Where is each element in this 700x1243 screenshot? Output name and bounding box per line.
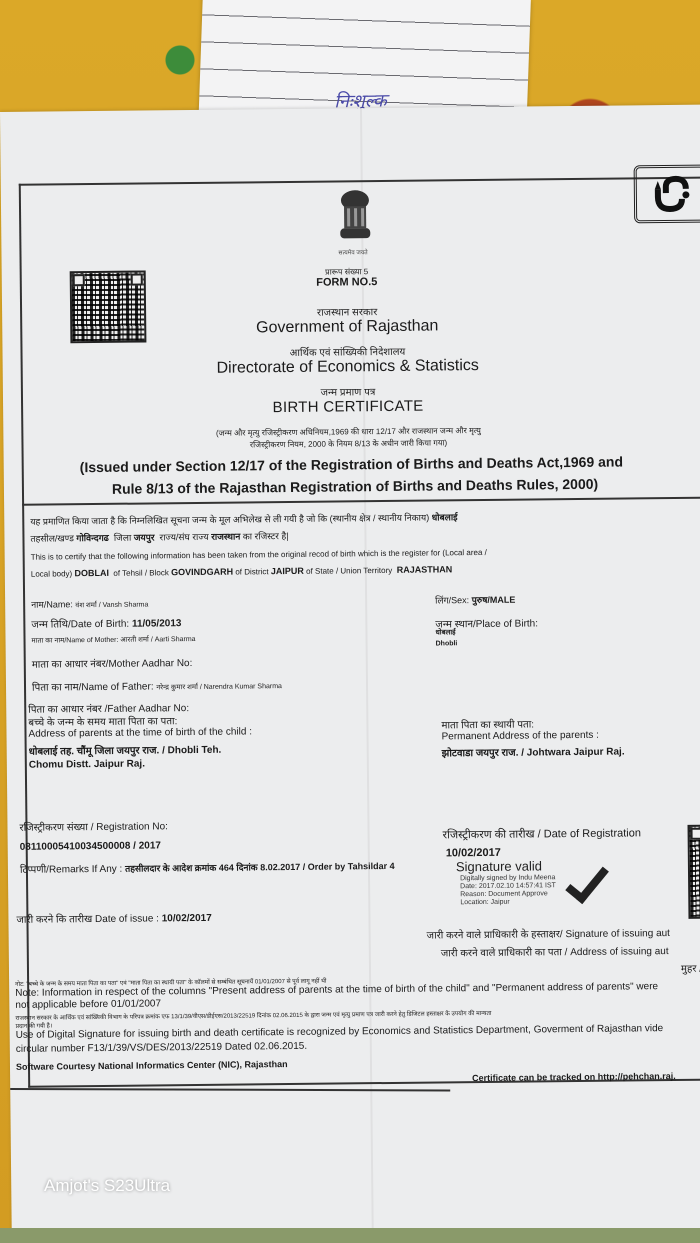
pehchan-logo-icon: [634, 165, 700, 224]
signature-status: Signature valid: [456, 858, 542, 874]
certify-hindi-suffix: का रजिस्टर है|: [243, 531, 289, 541]
issue-date-label: जारी करने कि तारीख Date of issue :: [16, 913, 159, 925]
father-value: नरेन्द्र कुमार शर्मा / Narendra Kumar Sh…: [156, 683, 282, 691]
district-hindi: जयपुर: [134, 532, 155, 542]
issue-date-value: 10/02/2017: [162, 913, 212, 925]
father-label: पिता का नाम/Name of Father:: [32, 681, 154, 693]
note-english-2: not applicable before 01/01/2007: [15, 998, 161, 1011]
certify-hindi-line2: तहसील/खण्ड गोविन्दगढ जिला जयपुर राज्य/सं…: [30, 529, 288, 545]
dob-label: जन्म तिथि/Date of Birth:: [31, 619, 129, 631]
issue-date-field: जारी करने कि तारीख Date of issue : 10/02…: [16, 910, 211, 926]
dob-field: जन्म तिथि/Date of Birth: 11/05/2013: [31, 615, 181, 631]
mother-label: माता का नाम/Name of Mother:: [32, 637, 119, 645]
reg-no-value: 08110005410034500008 / 2017: [20, 840, 161, 852]
local-label: Local body): [31, 569, 72, 578]
state-label-hindi: राज्य/संघ राज्य: [159, 532, 208, 543]
pob-value-hindi: धोबलाई: [435, 628, 455, 637]
perm-address-label-hindi: माता पिता का स्थायी पता:: [441, 716, 534, 731]
name-value: वंश शर्मा / Vansh Sharma: [75, 601, 148, 609]
sex-label: लिंग/Sex:: [435, 595, 469, 605]
district-label: of District: [235, 567, 268, 576]
local-body: DOBLAI: [74, 568, 109, 578]
state-label: of State / Union Territory: [306, 566, 392, 576]
mother-value: आरती शर्मा / Aarti Sharma: [120, 636, 195, 644]
father-field: पिता का नाम/Name of Father: नरेन्द्र कुम…: [32, 677, 282, 694]
perm-address-value: झोटवाडा जयपुर राज. / Johtwara Jaipur Raj…: [442, 743, 625, 759]
reg-date-value: 10/02/2017: [446, 847, 501, 860]
remarks-label: टिप्पणी/Remarks If Any :: [20, 864, 122, 876]
tehsil-hindi: गोविन्दगढ: [76, 533, 109, 543]
state: RAJASTHAN: [397, 564, 453, 575]
birth-address-line1: धोबलाई तह. चौंमू जिला जयपुर राज. / Dhobl…: [29, 742, 222, 758]
remarks-value: तहसीलदार के आदेश क्रमांक 464 दिनांक 8.02…: [125, 861, 395, 874]
birth-address-label-hindi: बच्चे के जन्म के समय माता पिता का पता:: [28, 713, 177, 729]
seal-label: मुहर /: [681, 961, 700, 975]
perm-address-label: Permanent Address of the parents :: [442, 730, 599, 743]
signature-location: Location: Jaipur: [460, 898, 556, 907]
qr-code-bottom: [688, 824, 700, 918]
sex-field: लिंग/Sex: पुरुष/MALE: [435, 593, 515, 607]
name-field: नाम/Name: वंश शर्मा / Vansh Sharma: [31, 596, 148, 610]
district-label-hindi: जिला: [114, 533, 132, 543]
dob-value: 11/05/2013: [132, 618, 182, 630]
birth-address-line2: Chomu Distt. Jaipur Raj.: [29, 759, 145, 771]
pob-value: Dhobli: [436, 640, 458, 647]
signature-details: Digitally signed by Indu Meena Date: 201…: [460, 874, 556, 907]
local-body-hindi: धोबलाई: [432, 512, 458, 522]
tehsil-label-hindi: तहसील/खण्ड: [30, 533, 73, 543]
tehsil: GOVINDGARH: [171, 567, 233, 578]
issuer-address-label: जारी करने वाले प्राधिकारी का पता / Addre…: [441, 943, 669, 959]
state-hindi: राजस्थान: [211, 532, 240, 542]
reg-no-label: रजिस्ट्रीकरण संख्या / Registration No:: [19, 818, 168, 834]
tehsil-label: of Tehsil / Block: [113, 568, 169, 578]
mother-aadhar-label: माता का आधार नंबर/Mother Aadhar No:: [32, 655, 193, 671]
mother-field: माता का नाम/Name of Mother: आरती शर्मा /…: [31, 635, 195, 646]
footer-rule: [10, 1088, 450, 1092]
bottom-fabric: [0, 1228, 700, 1243]
emblem-caption: सत्यमेव जयते: [338, 248, 367, 256]
birth-certificate: सत्यमेव जयते प्रारूप संख्या 5 FORM NO.5 …: [0, 104, 700, 1242]
sex-value: पुरुष/MALE: [472, 595, 516, 605]
name-label: नाम/Name:: [31, 599, 73, 609]
camera-watermark: Amjot's S23Ultra: [44, 1176, 170, 1196]
district: JAIPUR: [271, 566, 304, 576]
birth-address-label: Address of parents at the time of birth …: [28, 726, 252, 739]
tracking-link[interactable]: Certificate can be tracked on http://peh…: [472, 1071, 676, 1083]
issuer-signature-label: जारी करने वाले प्राधिकारी के हस्ताक्षर/ …: [427, 925, 670, 942]
national-emblem-icon: [334, 188, 377, 246]
reg-date-label: रजिस्ट्रीकरण की तारीख / Date of Registra…: [443, 825, 641, 842]
